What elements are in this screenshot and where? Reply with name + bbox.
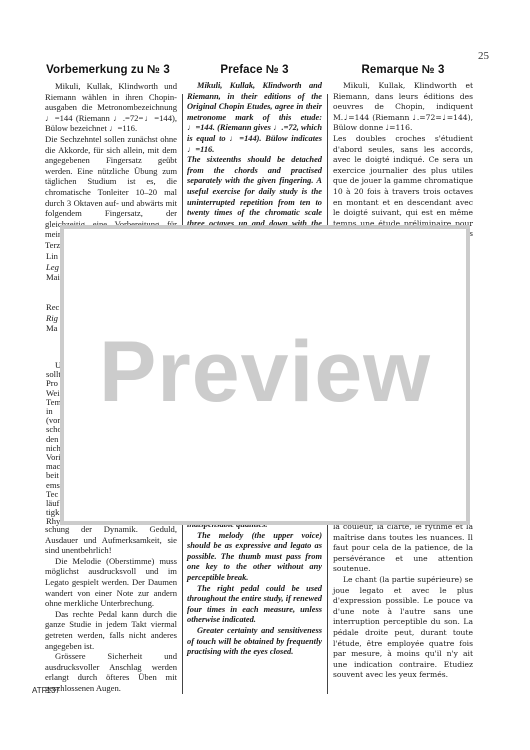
english-paragraph: The right pedal could be used throughout… (187, 584, 322, 626)
partial-line: Mai (46, 272, 60, 283)
german-paragraph: Mikuli, Kullak, Klindworth und Riemann w… (45, 81, 177, 134)
english-paragraph: Mikuli, Kullak, Klindworth and Riemann, … (187, 81, 322, 155)
french-outro: la couleur, la clarté, le rythme et la m… (333, 522, 473, 681)
partial-line: Leg (46, 262, 60, 273)
german-column: Vorbemerkung zu № 3 Mikuli, Kullak, Klin… (45, 64, 177, 251)
french-column: Remarque № 3 Mikuli, Kullak, Klindworth … (333, 64, 473, 251)
english-paragraph: The melody (the upper voice) should be a… (187, 531, 322, 584)
footer-catalog-code: ATF137 (32, 686, 60, 695)
french-paragraph: la couleur, la clarté, le rythme et la m… (333, 522, 473, 575)
partial-line: Ma (46, 323, 60, 334)
page-number: 25 (478, 50, 489, 62)
french-paragraph: Mikuli, Kullak, Klindworth et Riemann, d… (333, 81, 473, 134)
french-paragraph: Le chant (la partie supérieure) se joue … (333, 575, 473, 681)
german-outro: schung der Dynamik. Geduld, Ausdauer und… (45, 524, 177, 694)
preview-watermark-box: Preview (60, 225, 470, 525)
french-column-title: Remarque № 3 (333, 64, 473, 76)
english-outro: indispensable qualities. The melody (the… (187, 520, 322, 658)
partial-line: Rec (46, 302, 60, 313)
german-paragraph: Die Melodie (Oberstimme) muss möglichst … (45, 556, 177, 609)
german-partial-block-a: Lin Leg Mai (46, 251, 60, 283)
german-paragraph: Das rechte Pedal kann durch die ganze St… (45, 609, 177, 651)
german-partial-block-c: U sollt Pro Wei Tem in (vor scho den nic… (46, 361, 60, 527)
english-column-title: Preface № 3 (187, 64, 322, 76)
german-paragraph: schung der Dynamik. Geduld, Ausdauer und… (45, 524, 177, 556)
german-partial-block-b: Rec Rig Ma (46, 302, 60, 334)
preview-watermark-text: Preview (64, 327, 466, 417)
partial-line: Rig (46, 313, 60, 324)
german-column-title: Vorbemerkung zu № 3 (39, 64, 177, 76)
german-paragraph: Grössere Sicherheit und ausdrucksvoller … (45, 651, 177, 693)
partial-line: Lin (46, 251, 60, 262)
english-paragraph: Greater certainty and sensitiveness of t… (187, 626, 322, 658)
